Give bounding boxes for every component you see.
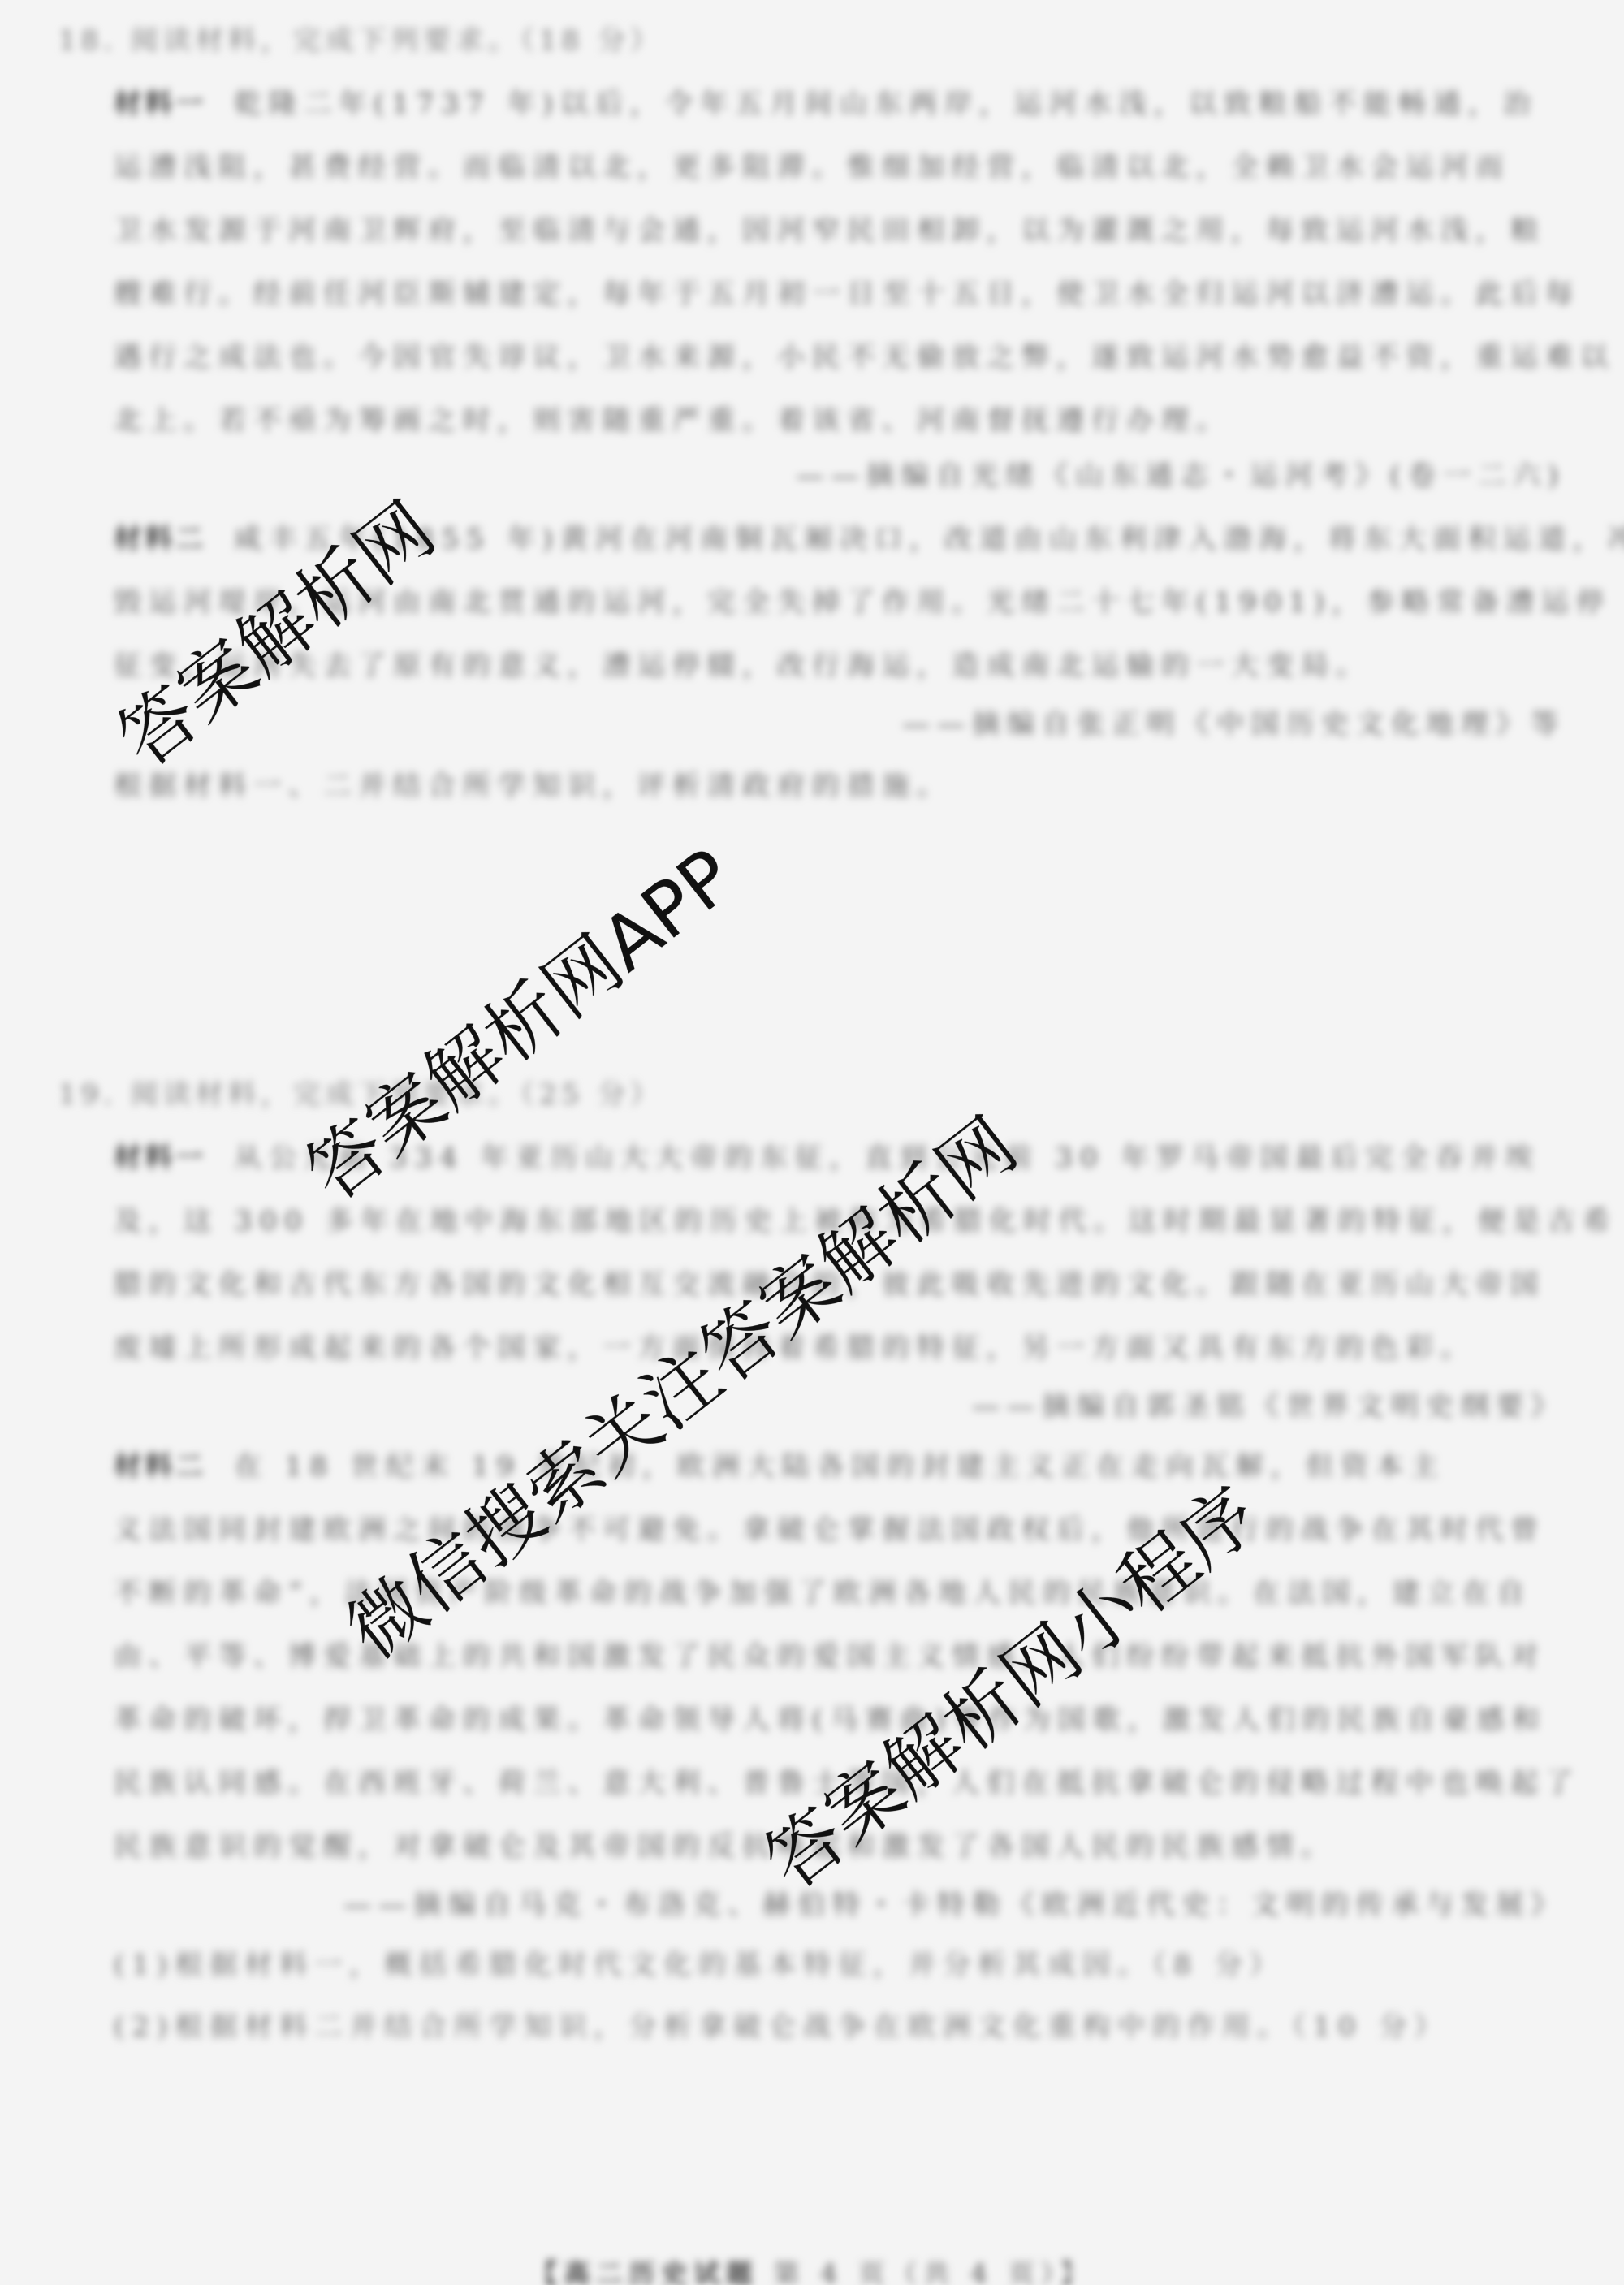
- question-18-prompt: 根据材料一、二并结合所学知识，评析清政府的措施。: [114, 770, 952, 802]
- material-1-source: ——摘编自郭圣铭《世界文明史纲要》: [972, 1390, 1566, 1423]
- material-1-line: 材料一乾隆二年(1737 年)以后，令年五月间山东两岸，运河水浅，以致粮船不能畅…: [114, 88, 1538, 120]
- sub-question-2: (2)根据材料二并结合所学知识，分析拿破仑战争在欧洲文化重构中的作用。（10 分…: [114, 2011, 1449, 2043]
- material-2-line: 民族意识的觉醒，对拿破仑及其帝国的反抗唤起和激发了各国人民的民族感情。: [114, 1830, 1336, 1863]
- page-footer: 【高二历史试题 第 4 页（共 4 页）】: [0, 2253, 1624, 2285]
- sub-question-1: (1)根据材料一，概括希腊化时代文化的基本特征，并分析其成因。（8 分）: [114, 1949, 1285, 1981]
- material-2-line: 不断的革命”，法国资产阶级革命的战争加强了欧洲各地人民的民族意识。在法国，建立在…: [114, 1577, 1531, 1609]
- page-number: 第 4 页（共 4 页）】: [773, 2258, 1092, 2285]
- material-label: 材料二: [114, 523, 206, 555]
- material-2-source: ——摘编自张正明《中国历史文化地理》等: [902, 708, 1566, 741]
- material-1-line: 遇行之成法也。今因官失谆议，卫水来源，小民不无偷放之弊，遂致运河水势愈益不资，重…: [114, 341, 1615, 374]
- material-2-line: 革命的破坏，捍卫革命的成果。革命领导人将(马赛曲)等作为国歌，激发人们的民族自豪…: [114, 1704, 1547, 1736]
- material-1-line: 运漕浅阻，甚费经营。而临清以北，更多阻滞。惟细加经营，临清以北，全赖卫水会运河而: [114, 151, 1510, 184]
- material-1-line: 北上。若不亟为筹画之时，则害随重严重。着该省、河南督抚遵行办理。: [114, 404, 1231, 437]
- material-1-source: ——摘编自光绪《山东通志・运河考》(卷一二六): [796, 460, 1566, 492]
- material-2-source: ——摘编自马克・布洛克、赫伯特・卡特勒《欧洲近代史：文明的传承与发展》: [343, 1889, 1566, 1921]
- exam-page: 18. 阅读材料，完成下列要求。（18 分） 材料一乾隆二年(1737 年)以后…: [0, 0, 1624, 2285]
- material-2-line: 材料二在 18 世纪末 19 世纪初，欧洲大陆各国的封建主义正在走向瓦解，但资本…: [114, 1450, 1445, 1483]
- material-2-line: 义法国同封建欧洲之间的战争不可避免。拿破仑掌握法国政权后，他所进行的战争在其时代…: [114, 1514, 1545, 1546]
- material-label: 材料一: [114, 88, 206, 120]
- material-label: 材料二: [114, 1450, 206, 1483]
- question-18-header: 18. 阅读材料，完成下列要求。（18 分）: [58, 24, 663, 57]
- exam-title: 【高二历史试题: [531, 2258, 758, 2285]
- material-label: 材料一: [114, 1142, 206, 1174]
- material-2-line: 由、平等、博爱基础上的共和国激发了民众的爱国主义情感，人们纷纷带起来抵抗外国军队…: [114, 1640, 1545, 1673]
- material-1-line: 卫水发源于河南卫辉府，至临清与会通，因河窄民田相卸，以为灌溉之用，每致运河水浅，…: [114, 214, 1545, 247]
- material-1-line: 艘难行。经前任河臣斯辅建定，每年于五月初一日至十五日，使卫水全归运河以济漕运。此…: [114, 278, 1580, 310]
